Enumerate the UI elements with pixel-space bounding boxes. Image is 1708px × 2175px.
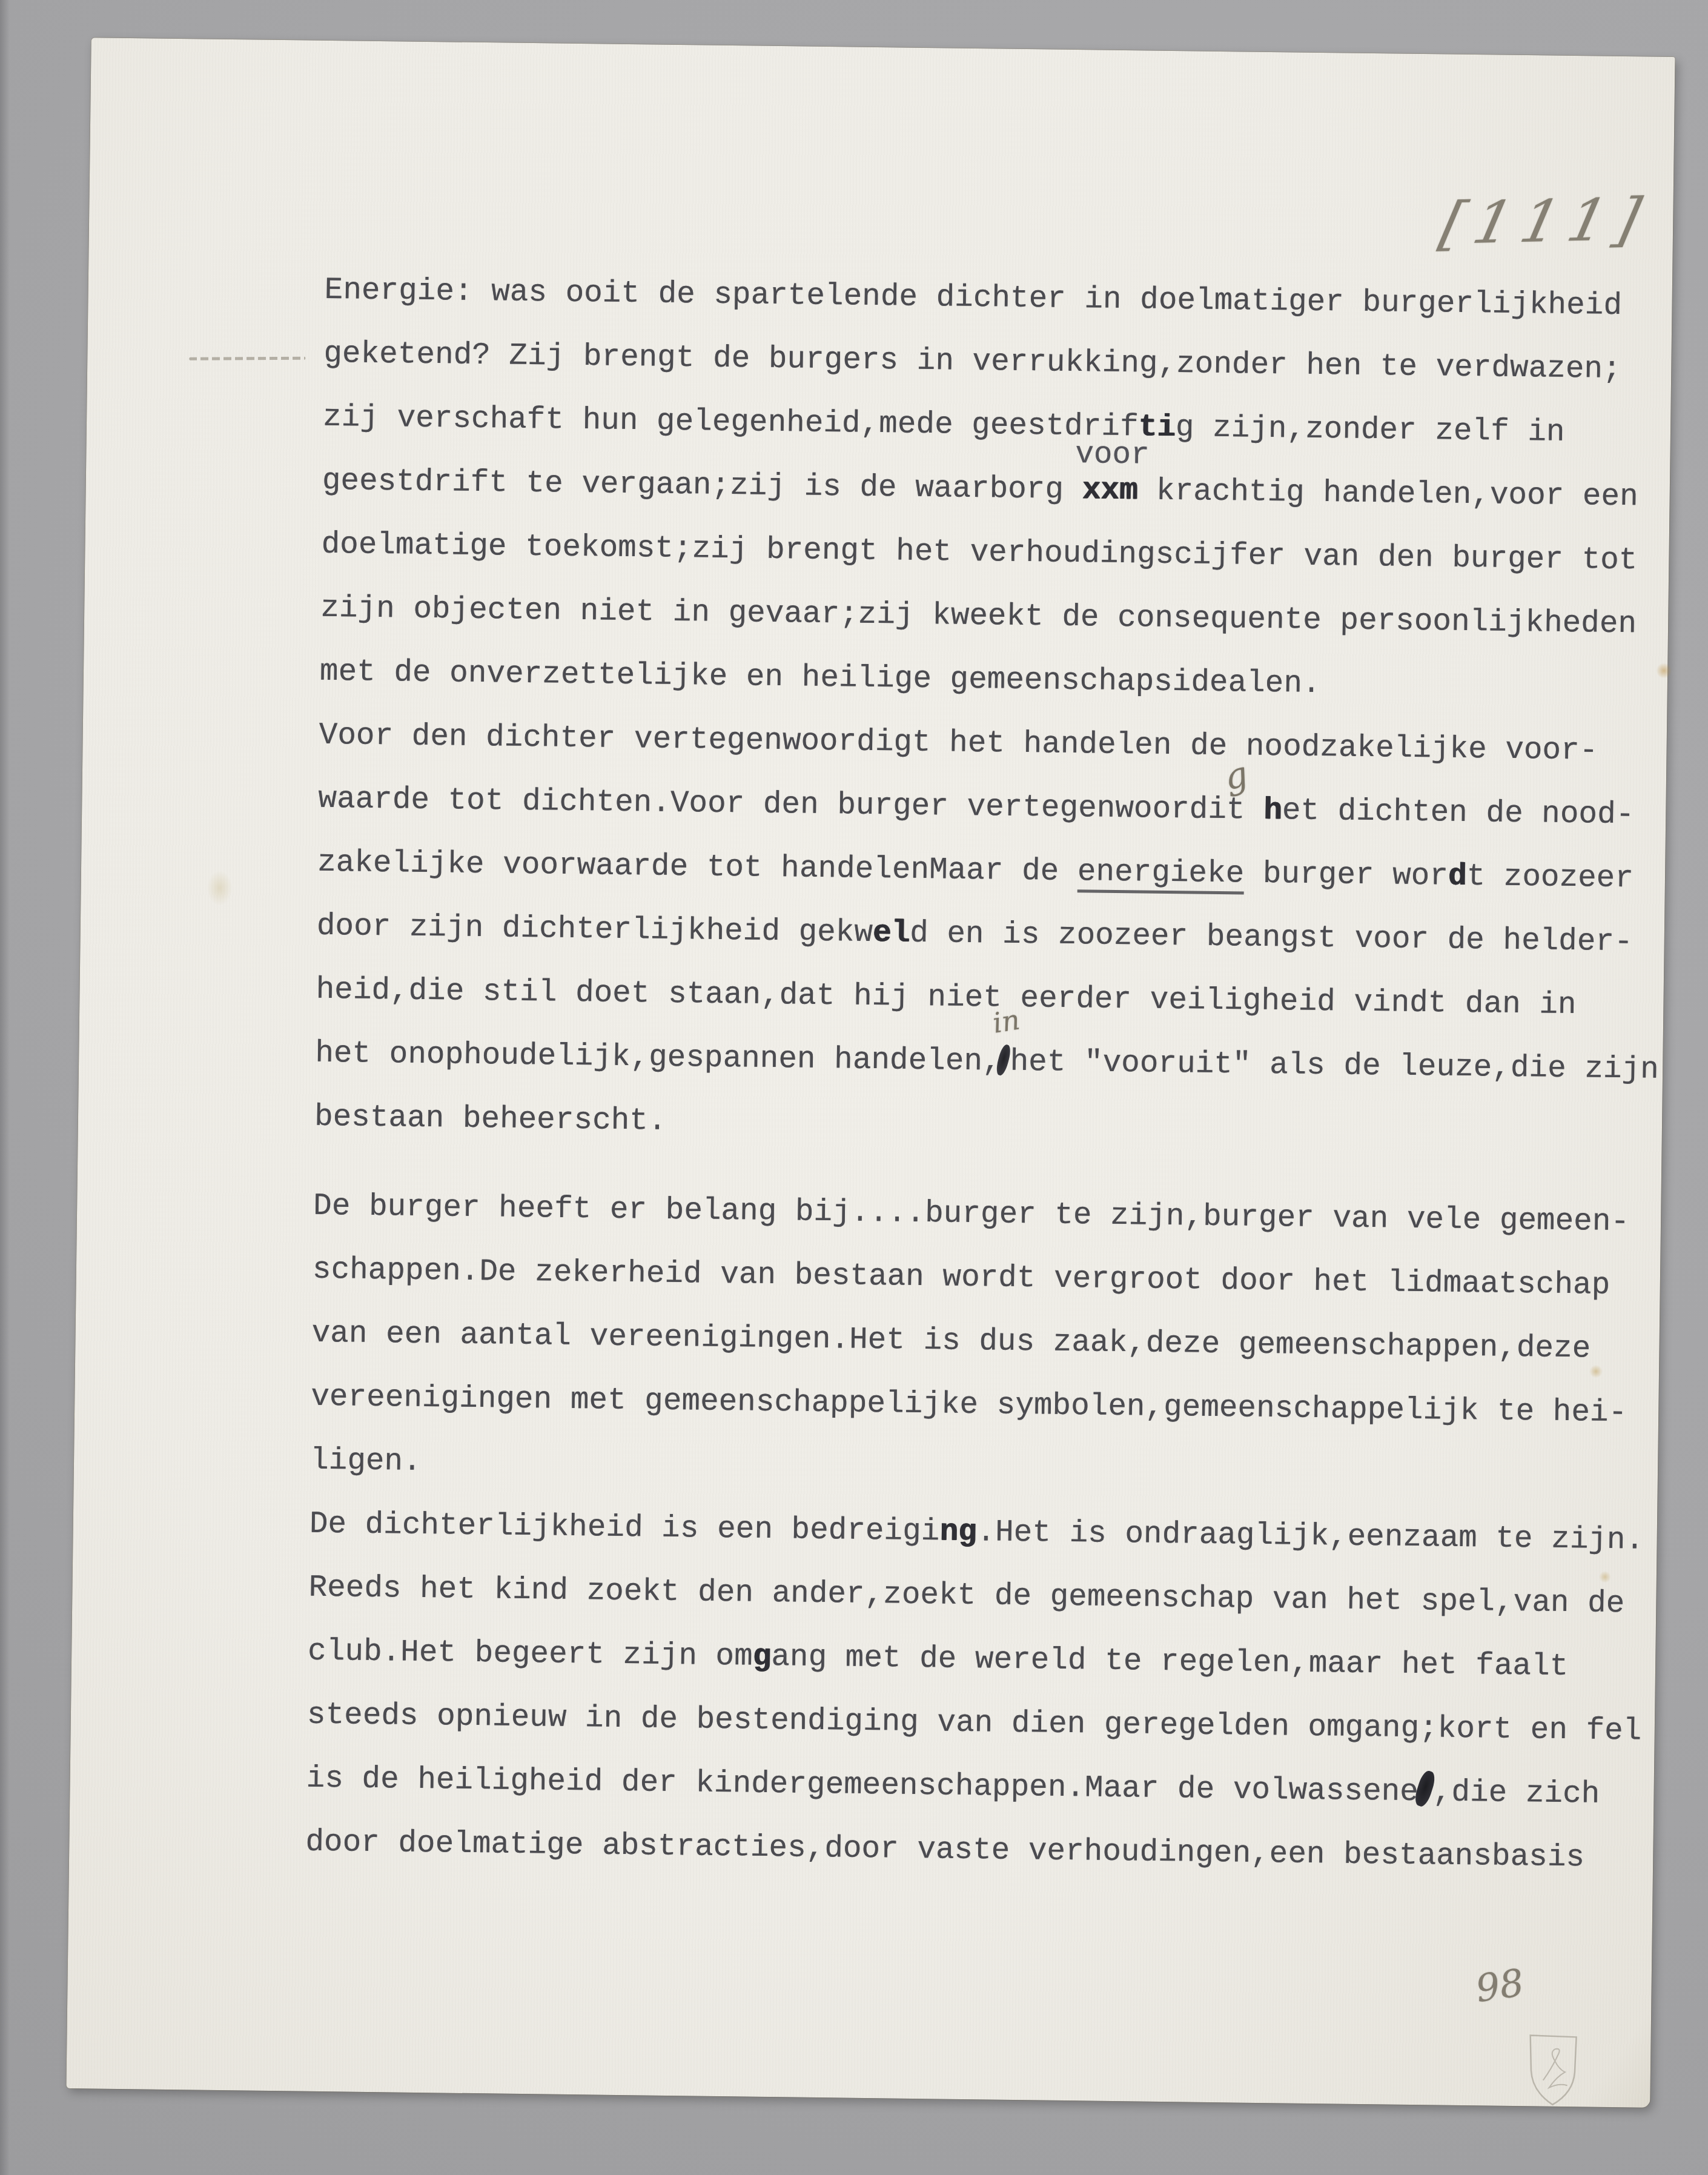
correction-site: gt	[1226, 793, 1245, 828]
overstruck-text: d	[1448, 860, 1467, 894]
margin-pencil-dash	[189, 357, 305, 360]
scan-background: [111] Energie: was ooit de spartelende d…	[0, 0, 1708, 2175]
pencil-corner-mark: [111]	[1434, 185, 1656, 257]
line-text: et dichten de nood-	[1282, 794, 1634, 832]
line-text: ang met de wereld te regelen,maar het fa…	[771, 1640, 1569, 1684]
line-text: door zijn dichterlijkheid gekw	[317, 909, 873, 951]
line-text: burger wor	[1244, 857, 1448, 894]
line-text: .Het is ondraaglijk,eenzaam te zijn.	[976, 1515, 1644, 1558]
line-text: is de heiligheid der kindergemeenschappe…	[306, 1762, 1418, 1810]
shield-stamp-icon	[1524, 2031, 1581, 2110]
typed-insertion-voor: voor	[1075, 439, 1150, 471]
line-text: De dichterlijkheid is een bedreigi	[309, 1507, 939, 1550]
overstruck-text: h	[1263, 794, 1282, 828]
line-text: ,die zich	[1433, 1775, 1600, 1811]
line-text: g zijn,zonder zelf in	[1176, 411, 1565, 450]
paper-stain	[207, 871, 233, 906]
correction-site: in	[1001, 1045, 1010, 1080]
line-text	[1245, 794, 1263, 828]
typed-text-block: Energie: was ooit de spartelende dichter…	[305, 259, 1693, 1891]
line-text: d en is zoozeer beangst voor de helder-	[910, 917, 1633, 960]
line-text: t zoozeer	[1466, 860, 1634, 896]
struck-out-word: xxm	[1082, 473, 1138, 508]
line-text: club.Het begeert zijn om	[308, 1635, 753, 1675]
pencil-page-number: 98	[1473, 1960, 1527, 2011]
overstruck-text: ng	[939, 1515, 977, 1550]
overstruck-text: el	[873, 916, 910, 951]
correction-site: voorxxm	[1082, 473, 1138, 508]
line-text: zij verschaft hun gelegenheid,mede geest…	[323, 400, 1139, 445]
underlined-word: energieke	[1077, 855, 1244, 894]
typescript-page: [111] Energie: was ooit de spartelende d…	[66, 38, 1675, 2108]
line-text: het "vooruit" als de leuze,die zijn	[1010, 1045, 1659, 1087]
line-text: geestdrift te vergaan;zij is de waarborg	[322, 464, 1082, 508]
line-text: t	[1226, 793, 1245, 828]
line-text: het onophoudelijk,gespannen handelen,	[315, 1037, 1001, 1080]
line-text: waarde tot dichten.Voor den burger verte…	[318, 782, 1226, 828]
pencil-insertion-in: in	[991, 1005, 1022, 1037]
overstruck-text: g	[752, 1640, 771, 1675]
line-text: zakelijke voorwaarde tot handelenMaar de	[317, 846, 1077, 889]
line-text: krachtig handelen,voor een	[1137, 474, 1638, 514]
